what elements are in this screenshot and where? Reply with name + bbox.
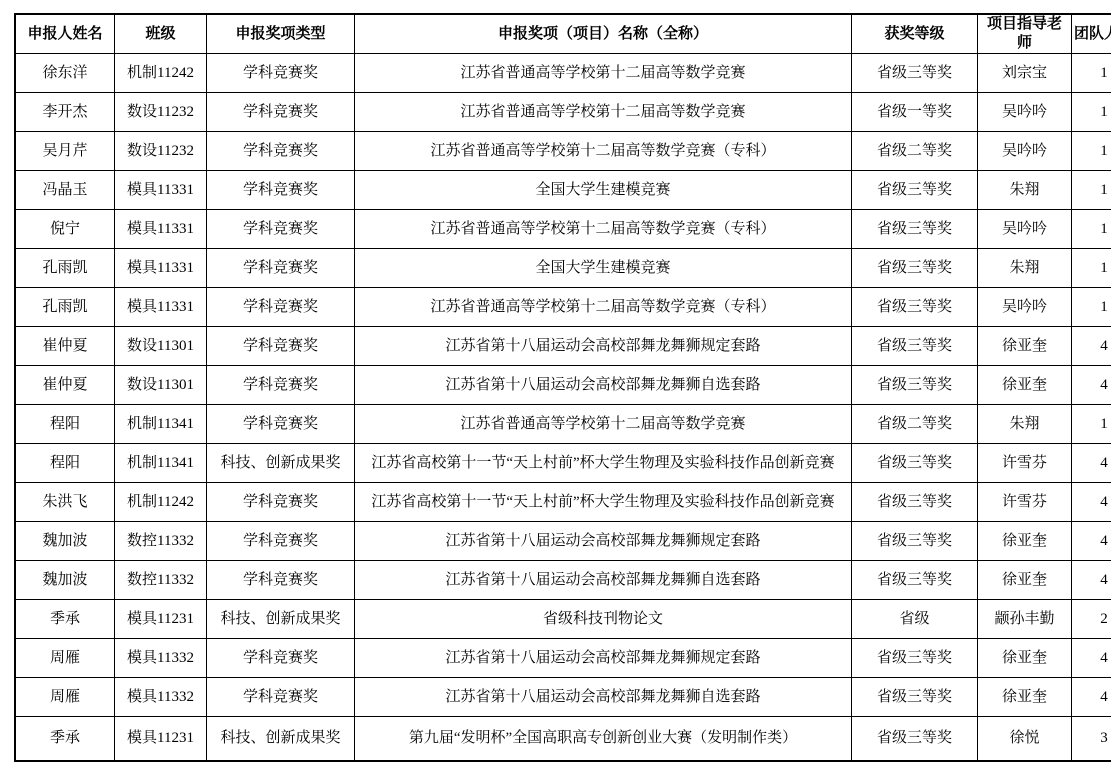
awards-table-body: 徐东洋机制11242学科竞赛奖江苏省普通高等学校第十二届高等数学竞赛省级三等奖刘…	[15, 54, 1111, 762]
cell-teacher: 朱翔	[978, 171, 1072, 210]
cell-team: 1	[1072, 132, 1111, 171]
cell-teacher: 许雪芬	[978, 483, 1072, 522]
cell-name: 崔仲夏	[15, 327, 115, 366]
cell-name: 徐东洋	[15, 54, 115, 93]
cell-level: 省级三等奖	[852, 366, 978, 405]
cell-team: 4	[1072, 444, 1111, 483]
table-row: 孔雨凯模具11331学科竞赛奖全国大学生建模竞赛省级三等奖朱翔1	[15, 249, 1111, 288]
header-row: 申报人姓名班级申报奖项类型申报奖项（项目）名称（全称）获奖等级项目指导老师团队人…	[15, 14, 1111, 54]
cell-class: 模具11231	[115, 717, 207, 762]
table-row: 季承模具11231科技、创新成果奖第九届“发明杯”全国高职高专创新创业大赛（发明…	[15, 717, 1111, 762]
cell-class: 模具11332	[115, 678, 207, 717]
cell-teacher: 徐亚奎	[978, 678, 1072, 717]
table-row: 崔仲夏数设11301学科竞赛奖江苏省第十八届运动会高校部舞龙舞狮规定套路省级三等…	[15, 327, 1111, 366]
cell-type: 学科竞赛奖	[207, 93, 355, 132]
cell-name: 李开杰	[15, 93, 115, 132]
column-header-team: 团队人数	[1072, 14, 1111, 54]
cell-level: 省级二等奖	[852, 405, 978, 444]
document-page: 申报人姓名班级申报奖项类型申报奖项（项目）名称（全称）获奖等级项目指导老师团队人…	[0, 0, 1111, 770]
table-row: 李开杰数设11232学科竞赛奖江苏省普通高等学校第十二届高等数学竞赛省级一等奖吴…	[15, 93, 1111, 132]
cell-type: 科技、创新成果奖	[207, 600, 355, 639]
cell-name: 周雁	[15, 678, 115, 717]
cell-team: 1	[1072, 171, 1111, 210]
cell-type: 学科竞赛奖	[207, 639, 355, 678]
cell-project: 江苏省普通高等学校第十二届高等数学竞赛（专科）	[355, 288, 852, 327]
cell-team: 1	[1072, 249, 1111, 288]
cell-type: 学科竞赛奖	[207, 288, 355, 327]
cell-type: 学科竞赛奖	[207, 327, 355, 366]
column-header-type: 申报奖项类型	[207, 14, 355, 54]
cell-class: 模具11331	[115, 288, 207, 327]
table-row: 崔仲夏数设11301学科竞赛奖江苏省第十八届运动会高校部舞龙舞狮自选套路省级三等…	[15, 366, 1111, 405]
cell-teacher: 吴吟吟	[978, 210, 1072, 249]
table-row: 季承模具11231科技、创新成果奖省级科技刊物论文省级颛孙丰勤2	[15, 600, 1111, 639]
cell-level: 省级三等奖	[852, 288, 978, 327]
table-row: 周雁模具11332学科竞赛奖江苏省第十八届运动会高校部舞龙舞狮规定套路省级三等奖…	[15, 639, 1111, 678]
table-row: 徐东洋机制11242学科竞赛奖江苏省普通高等学校第十二届高等数学竞赛省级三等奖刘…	[15, 54, 1111, 93]
cell-team: 1	[1072, 210, 1111, 249]
cell-type: 学科竞赛奖	[207, 132, 355, 171]
table-row: 朱洪飞机制11242学科竞赛奖江苏省高校第十一节“天上村前”杯大学生物理及实验科…	[15, 483, 1111, 522]
column-header-teacher: 项目指导老师	[978, 14, 1072, 54]
table-row: 魏加波数控11332学科竞赛奖江苏省第十八届运动会高校部舞龙舞狮自选套路省级三等…	[15, 561, 1111, 600]
cell-name: 崔仲夏	[15, 366, 115, 405]
table-row: 程阳机制11341学科竞赛奖江苏省普通高等学校第十二届高等数学竞赛省级二等奖朱翔…	[15, 405, 1111, 444]
cell-teacher: 吴吟吟	[978, 132, 1072, 171]
cell-teacher: 颛孙丰勤	[978, 600, 1072, 639]
cell-teacher: 徐亚奎	[978, 327, 1072, 366]
cell-project: 江苏省普通高等学校第十二届高等数学竞赛	[355, 405, 852, 444]
cell-team: 4	[1072, 327, 1111, 366]
cell-project: 江苏省普通高等学校第十二届高等数学竞赛（专科）	[355, 210, 852, 249]
cell-team: 1	[1072, 405, 1111, 444]
cell-level: 省级二等奖	[852, 132, 978, 171]
cell-class: 机制11341	[115, 405, 207, 444]
cell-type: 学科竞赛奖	[207, 54, 355, 93]
cell-team: 2	[1072, 600, 1111, 639]
cell-name: 倪宁	[15, 210, 115, 249]
cell-name: 季承	[15, 600, 115, 639]
cell-name: 周雁	[15, 639, 115, 678]
cell-name: 孔雨凯	[15, 288, 115, 327]
cell-teacher: 徐亚奎	[978, 639, 1072, 678]
cell-class: 数设11232	[115, 93, 207, 132]
cell-team: 3	[1072, 717, 1111, 762]
column-header-level: 获奖等级	[852, 14, 978, 54]
cell-teacher: 朱翔	[978, 249, 1072, 288]
cell-teacher: 徐亚奎	[978, 522, 1072, 561]
cell-type: 学科竞赛奖	[207, 210, 355, 249]
cell-teacher: 徐悦	[978, 717, 1072, 762]
cell-project: 省级科技刊物论文	[355, 600, 852, 639]
cell-team: 1	[1072, 288, 1111, 327]
cell-team: 4	[1072, 639, 1111, 678]
cell-level: 省级三等奖	[852, 717, 978, 762]
cell-team: 4	[1072, 483, 1111, 522]
cell-name: 冯晶玉	[15, 171, 115, 210]
cell-name: 魏加波	[15, 561, 115, 600]
cell-name: 程阳	[15, 405, 115, 444]
cell-project: 江苏省第十八届运动会高校部舞龙舞狮规定套路	[355, 639, 852, 678]
cell-project: 江苏省高校第十一节“天上村前”杯大学生物理及实验科技作品创新竞赛	[355, 444, 852, 483]
cell-project: 江苏省第十八届运动会高校部舞龙舞狮规定套路	[355, 522, 852, 561]
cell-project: 全国大学生建模竞赛	[355, 249, 852, 288]
cell-level: 省级	[852, 600, 978, 639]
cell-project: 江苏省普通高等学校第十二届高等数学竞赛（专科）	[355, 132, 852, 171]
cell-level: 省级三等奖	[852, 54, 978, 93]
cell-type: 学科竞赛奖	[207, 483, 355, 522]
cell-class: 机制11242	[115, 54, 207, 93]
cell-team: 4	[1072, 366, 1111, 405]
cell-class: 机制11341	[115, 444, 207, 483]
cell-type: 科技、创新成果奖	[207, 444, 355, 483]
cell-name: 魏加波	[15, 522, 115, 561]
column-header-project: 申报奖项（项目）名称（全称）	[355, 14, 852, 54]
cell-teacher: 刘宗宝	[978, 54, 1072, 93]
cell-project: 全国大学生建模竞赛	[355, 171, 852, 210]
cell-team: 4	[1072, 561, 1111, 600]
cell-teacher: 徐亚奎	[978, 366, 1072, 405]
cell-class: 数设11301	[115, 327, 207, 366]
cell-class: 数设11232	[115, 132, 207, 171]
cell-team: 1	[1072, 93, 1111, 132]
cell-type: 学科竞赛奖	[207, 366, 355, 405]
cell-type: 学科竞赛奖	[207, 171, 355, 210]
cell-level: 省级三等奖	[852, 171, 978, 210]
cell-name: 孔雨凯	[15, 249, 115, 288]
cell-project: 第九届“发明杯”全国高职高专创新创业大赛（发明制作类）	[355, 717, 852, 762]
cell-project: 江苏省第十八届运动会高校部舞龙舞狮自选套路	[355, 366, 852, 405]
cell-name: 季承	[15, 717, 115, 762]
table-row: 程阳机制11341科技、创新成果奖江苏省高校第十一节“天上村前”杯大学生物理及实…	[15, 444, 1111, 483]
cell-project: 江苏省第十八届运动会高校部舞龙舞狮自选套路	[355, 678, 852, 717]
cell-teacher: 吴吟吟	[978, 93, 1072, 132]
cell-teacher: 吴吟吟	[978, 288, 1072, 327]
cell-level: 省级一等奖	[852, 93, 978, 132]
cell-project: 江苏省第十八届运动会高校部舞龙舞狮自选套路	[355, 561, 852, 600]
table-row: 吴月芹数设11232学科竞赛奖江苏省普通高等学校第十二届高等数学竞赛（专科）省级…	[15, 132, 1111, 171]
cell-team: 4	[1072, 678, 1111, 717]
cell-type: 学科竞赛奖	[207, 405, 355, 444]
cell-level: 省级三等奖	[852, 483, 978, 522]
table-row: 孔雨凯模具11331学科竞赛奖江苏省普通高等学校第十二届高等数学竞赛（专科）省级…	[15, 288, 1111, 327]
cell-level: 省级三等奖	[852, 639, 978, 678]
cell-level: 省级三等奖	[852, 561, 978, 600]
cell-level: 省级三等奖	[852, 249, 978, 288]
cell-class: 模具11331	[115, 171, 207, 210]
cell-class: 数设11301	[115, 366, 207, 405]
cell-class: 模具11231	[115, 600, 207, 639]
cell-type: 学科竞赛奖	[207, 678, 355, 717]
column-header-class: 班级	[115, 14, 207, 54]
cell-project: 江苏省高校第十一节“天上村前”杯大学生物理及实验科技作品创新竞赛	[355, 483, 852, 522]
cell-level: 省级三等奖	[852, 210, 978, 249]
cell-teacher: 徐亚奎	[978, 561, 1072, 600]
awards-table: 申报人姓名班级申报奖项类型申报奖项（项目）名称（全称）获奖等级项目指导老师团队人…	[14, 13, 1111, 762]
cell-level: 省级三等奖	[852, 522, 978, 561]
cell-type: 学科竞赛奖	[207, 522, 355, 561]
table-row: 周雁模具11332学科竞赛奖江苏省第十八届运动会高校部舞龙舞狮自选套路省级三等奖…	[15, 678, 1111, 717]
cell-class: 机制11242	[115, 483, 207, 522]
cell-teacher: 许雪芬	[978, 444, 1072, 483]
cell-class: 数控11332	[115, 561, 207, 600]
cell-project: 江苏省普通高等学校第十二届高等数学竞赛	[355, 93, 852, 132]
table-row: 倪宁模具11331学科竞赛奖江苏省普通高等学校第十二届高等数学竞赛（专科）省级三…	[15, 210, 1111, 249]
cell-team: 4	[1072, 522, 1111, 561]
table-row: 冯晶玉模具11331学科竞赛奖全国大学生建模竞赛省级三等奖朱翔1	[15, 171, 1111, 210]
cell-name: 朱洪飞	[15, 483, 115, 522]
cell-project: 江苏省普通高等学校第十二届高等数学竞赛	[355, 54, 852, 93]
table-row: 魏加波数控11332学科竞赛奖江苏省第十八届运动会高校部舞龙舞狮规定套路省级三等…	[15, 522, 1111, 561]
cell-name: 吴月芹	[15, 132, 115, 171]
cell-teacher: 朱翔	[978, 405, 1072, 444]
cell-level: 省级三等奖	[852, 327, 978, 366]
cell-class: 数控11332	[115, 522, 207, 561]
cell-level: 省级三等奖	[852, 444, 978, 483]
awards-table-header: 申报人姓名班级申报奖项类型申报奖项（项目）名称（全称）获奖等级项目指导老师团队人…	[15, 14, 1111, 54]
cell-project: 江苏省第十八届运动会高校部舞龙舞狮规定套路	[355, 327, 852, 366]
cell-type: 学科竞赛奖	[207, 561, 355, 600]
cell-team: 1	[1072, 54, 1111, 93]
cell-class: 模具11331	[115, 249, 207, 288]
column-header-name: 申报人姓名	[15, 14, 115, 54]
cell-name: 程阳	[15, 444, 115, 483]
cell-type: 学科竞赛奖	[207, 249, 355, 288]
cell-level: 省级三等奖	[852, 678, 978, 717]
cell-type: 科技、创新成果奖	[207, 717, 355, 762]
cell-class: 模具11331	[115, 210, 207, 249]
cell-class: 模具11332	[115, 639, 207, 678]
